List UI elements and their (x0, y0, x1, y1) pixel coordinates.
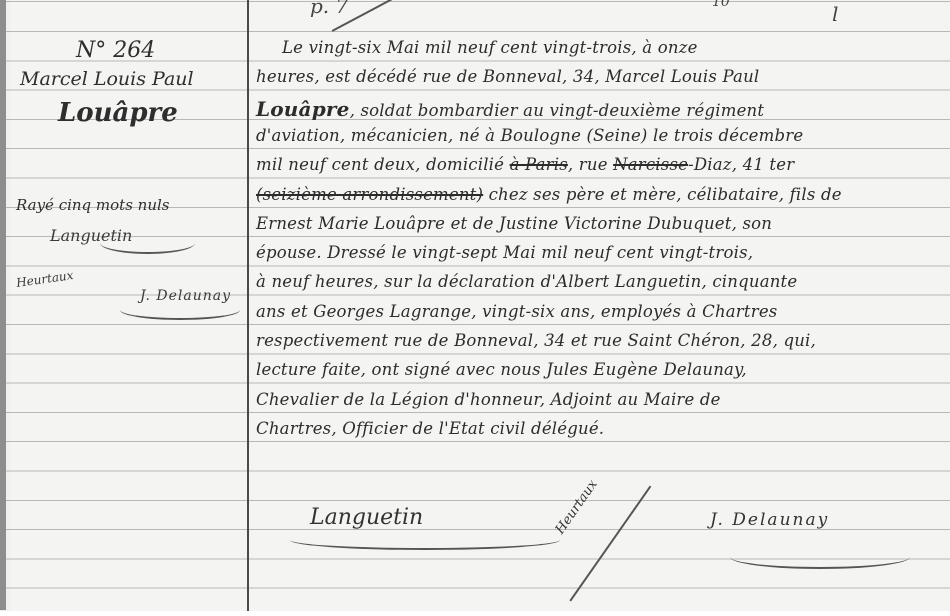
record-line: Ernest Marie Louâpre et de Justine Victo… (256, 214, 772, 233)
act-number: N° 264 (76, 38, 155, 63)
struck-text: à Paris (510, 155, 568, 174)
text-run: -Diaz, 41 ter (688, 155, 794, 174)
text-run: lecture faite, ont signé avec nous Jules… (256, 360, 747, 379)
registry-page: N° 264 Marcel Louis Paul Louâpre Rayé ci… (0, 0, 950, 616)
page-bottom-edge (0, 611, 950, 616)
margin-divider (247, 0, 249, 612)
text-run: respectivement rue de Bonneval, 34 et ru… (256, 331, 816, 350)
text-run: chez ses père et mère, célibataire, fils… (483, 185, 842, 204)
signature-declarant-bottom: Languetin (310, 505, 423, 530)
header-fragment-mid: 10 (712, 0, 730, 10)
signature-flourish (290, 530, 560, 550)
record-line: Chartres, Officier de l'Etat civil délég… (256, 419, 604, 438)
text-run: à neuf heures, sur la déclaration d'Albe… (256, 272, 797, 291)
text-run: Chevalier de la Légion d'honneur, Adjoin… (256, 390, 721, 409)
header-fragment-right: l (832, 2, 838, 26)
record-line: heures, est décédé rue de Bonneval, 34, … (256, 67, 759, 86)
record-line: (seizième arrondissement) chez ses père … (256, 185, 842, 204)
text-run: épouse. Dressé le vingt-sept Mai mil neu… (256, 243, 753, 262)
text-run: mil neuf cent deux, domicilié (256, 155, 510, 174)
deceased-name-inline: Louâpre (256, 97, 350, 121)
signature-flourish (120, 300, 240, 320)
text-run: , rue (568, 155, 613, 174)
record-line: mil neuf cent deux, domicilié à Paris, r… (256, 155, 794, 174)
deceased-given-names: Marcel Louis Paul (20, 68, 194, 90)
margin-column: N° 264 Marcel Louis Paul Louâpre Rayé ci… (10, 0, 244, 610)
record-line: épouse. Dressé le vingt-sept Mai mil neu… (256, 243, 753, 262)
text-run: Ernest Marie Louâpre et de Justine Victo… (256, 214, 772, 233)
margin-annotation: Rayé cinq mots nuls (16, 196, 170, 214)
struck-text: (seizième arrondissement) (256, 185, 483, 204)
record-line: Chevalier de la Légion d'honneur, Adjoin… (256, 390, 721, 409)
text-run: d'aviation, mécanicien, né à Boulogne (S… (256, 126, 803, 145)
signature-flourish (730, 545, 910, 569)
signature-flourish (100, 232, 195, 254)
record-line: Louâpre, soldat bombardier au vingt-deux… (256, 97, 764, 121)
record-line: ans et Georges Lagrange, vingt-six ans, … (256, 302, 777, 321)
record-line: Le vingt-six Mai mil neuf cent vingt-tro… (282, 38, 698, 57)
header-fragment-left: p. 7 (310, 0, 348, 18)
text-run: Le vingt-six Mai mil neuf cent vingt-tro… (282, 38, 698, 57)
text-run: Chartres, Officier de l'Etat civil délég… (256, 419, 604, 438)
text-run: heures, est décédé rue de Bonneval, 34, … (256, 67, 759, 86)
struck-text: Narcisse (613, 155, 688, 174)
page-binding-edge (0, 0, 6, 610)
text-run: ans et Georges Lagrange, vingt-six ans, … (256, 302, 777, 321)
record-line: à neuf heures, sur la déclaration d'Albe… (256, 272, 797, 291)
record-line: respectivement rue de Bonneval, 34 et ru… (256, 331, 816, 350)
text-run: , soldat bombardier au vingt-deuxième ré… (350, 101, 765, 120)
record-line: lecture faite, ont signé avec nous Jules… (256, 360, 747, 379)
deceased-family-name: Louâpre (58, 98, 178, 128)
signature-officer-bottom: J. Delaunay (710, 510, 829, 530)
record-line: d'aviation, mécanicien, né à Boulogne (S… (256, 126, 803, 145)
margin-signature-witness: Heurtaux (15, 268, 74, 290)
